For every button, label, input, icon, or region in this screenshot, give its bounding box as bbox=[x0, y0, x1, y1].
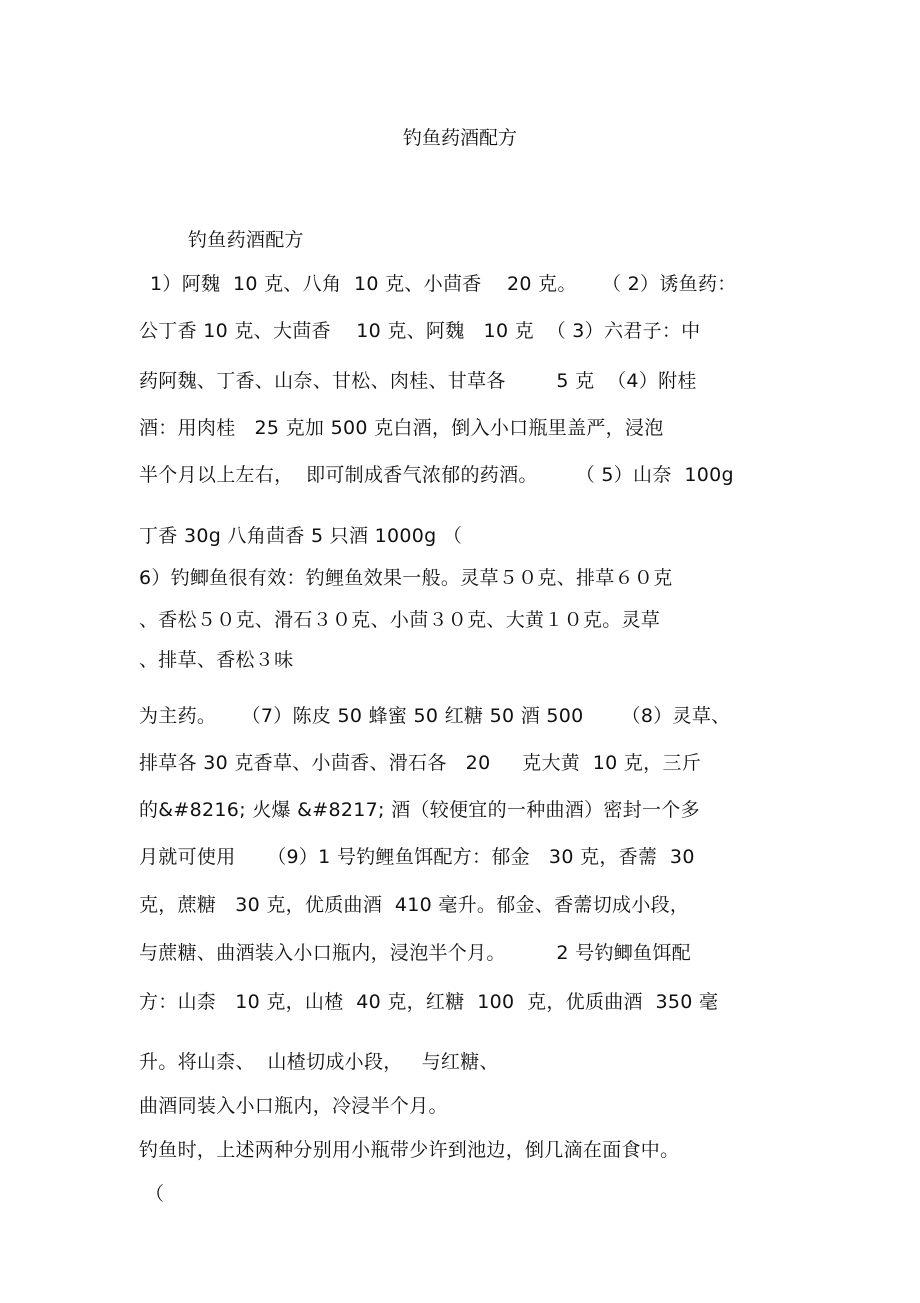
text-line-1: 1）阿魏 10 克、八角 10 克、小茴香 20 克。 （ 2）诱鱼药： bbox=[150, 272, 737, 296]
document-subtitle: 钓鱼药酒配方 bbox=[188, 228, 304, 252]
text-line-13: 月就可使用 （9）1 号钓鲤鱼饵配方：郁金 30 克，香薷 30 bbox=[139, 845, 695, 869]
text-line-20: （ bbox=[145, 1182, 164, 1206]
text-line-18: 曲酒同装入小口瓶内，冷浸半个月。 bbox=[139, 1094, 448, 1118]
document-title: 钓鱼药酒配方 bbox=[0, 126, 920, 150]
document-page: 钓鱼药酒配方 钓鱼药酒配方 1）阿魏 10 克、八角 10 克、小茴香 20 克… bbox=[0, 0, 920, 1303]
text-line-6: 丁香 30g 八角茴香 5 只酒 1000g （ bbox=[139, 524, 462, 548]
text-line-17: 升。将山柰、 山楂切成小段， 与红糖、 bbox=[139, 1050, 499, 1074]
text-line-14: 克，蔗糖 30 克，优质曲酒 410 毫升。郁金、香薷切成小段， bbox=[139, 893, 689, 917]
text-line-11: 排草各 30 克香草、小茴香、滑石各 20 克大黄 10 克，三斤 bbox=[139, 751, 701, 775]
text-line-3: 药阿魏、丁香、山奈、甘松、肉桂、甘草各 5 克 （4）附桂 bbox=[139, 369, 697, 393]
text-line-9: 、排草、香松３味 bbox=[139, 648, 293, 672]
text-line-12: 的&#8216; 火爆 &#8217; 酒（较便宜的一种曲酒）密封一个多 bbox=[139, 798, 700, 822]
text-line-15: 与蔗糖、曲酒装入小口瓶内，浸泡半个月。 2 号钓鲫鱼饵配 bbox=[139, 941, 691, 965]
text-line-5: 半个月以上左右， 即可制成香气浓郁的药酒。 （ 5）山奈 100g bbox=[139, 463, 734, 487]
text-line-8: 、香松５０克、滑石３０克、小茴３０克、大黄１０克。灵草 bbox=[139, 608, 660, 632]
text-line-16: 方：山柰 10 克，山楂 40 克，红糖 100 克，优质曲酒 350 毫 bbox=[139, 990, 718, 1014]
text-line-4: 酒：用肉桂 25 克加 500 克白酒，倒入小口瓶里盖严，浸泡 bbox=[139, 416, 664, 440]
text-line-19: 钓鱼时，上述两种分别用小瓶带少许到池边，倒几滴在面食中。 bbox=[139, 1138, 679, 1162]
text-line-10: 为主药。 （7）陈皮 50 蜂蜜 50 红糖 50 酒 500 （8）灵草、 bbox=[139, 704, 730, 728]
text-line-7: 6）钓鲫鱼很有效：钓鲤鱼效果一般。灵草５０克、排草６０克 bbox=[139, 566, 673, 590]
text-line-2: 公丁香 10 克、大茴香 10 克、阿魏 10 克 （ 3）六君子：中 bbox=[139, 319, 700, 343]
